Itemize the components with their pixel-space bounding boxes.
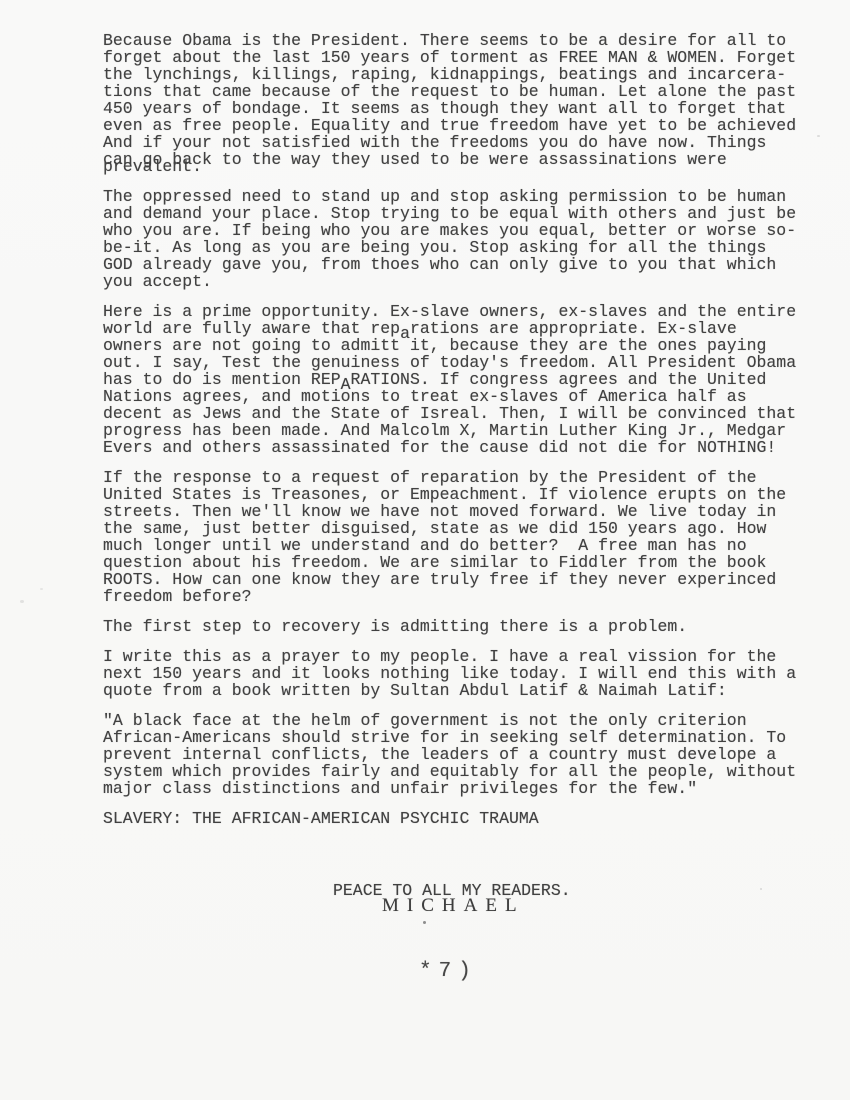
text-line: can go back to the way they used to be w… bbox=[103, 151, 818, 168]
text-line: prevent internal conflicts, the leaders … bbox=[103, 746, 818, 763]
text-line: streets. Then we'll know we have not mov… bbox=[103, 503, 818, 520]
text-line: forget about the last 150 years of torme… bbox=[103, 49, 818, 66]
text-line: 450 years of bondage. It seems as though… bbox=[103, 100, 818, 117]
text-line: the same, just better disguised, state a… bbox=[103, 520, 818, 537]
text-line: SLAVERY: THE AFRICAN-AMERICAN PSYCHIC TR… bbox=[103, 810, 818, 827]
scan-speck bbox=[760, 888, 762, 890]
paragraph: Here is a prime opportunity. Ex-slave ow… bbox=[103, 303, 818, 456]
text-line: you accept. bbox=[103, 273, 818, 290]
scan-speck bbox=[40, 588, 43, 590]
text-line: "A black face at the helm of government … bbox=[103, 712, 818, 729]
text-line: The first step to recovery is admitting … bbox=[103, 618, 818, 635]
text-line: And if your not satisfied with the freed… bbox=[103, 134, 818, 151]
text-line: has to do is mention REPARATIONS. If con… bbox=[103, 371, 818, 388]
text-line: freedom before? bbox=[103, 588, 818, 605]
text-line: United States is Treasones, or Empeachme… bbox=[103, 486, 818, 503]
paragraph: The oppressed need to stand up and stop … bbox=[103, 188, 818, 290]
text-line: question about his freedom. We are simil… bbox=[103, 554, 818, 571]
text-line: If the response to a request of reparati… bbox=[103, 469, 818, 486]
text-line: The oppressed need to stand up and stop … bbox=[103, 188, 818, 205]
scan-speck bbox=[817, 135, 820, 137]
text-line: Evers and others assassinated for the ca… bbox=[103, 439, 818, 456]
text-line: and demand your place. Stop trying to be… bbox=[103, 205, 818, 222]
text-line: next 150 years and it looks nothing like… bbox=[103, 665, 818, 682]
paragraph: The first step to recovery is admitting … bbox=[103, 618, 818, 635]
text-line: progress has been made. And Malcolm X, M… bbox=[103, 422, 818, 439]
text-line: the lynchings, killings, raping, kidnapp… bbox=[103, 66, 818, 83]
dropped-letter: A bbox=[341, 375, 351, 394]
page-number-mark: *7) bbox=[419, 960, 478, 983]
text-line: Here is a prime opportunity. Ex-slave ow… bbox=[103, 303, 818, 320]
paragraph: "A black face at the helm of government … bbox=[103, 712, 818, 797]
signature: MICHAEL bbox=[382, 896, 525, 916]
document-body: Because Obama is the President. There se… bbox=[103, 32, 818, 840]
text-line: I write this as a prayer to my people. I… bbox=[103, 648, 818, 665]
stray-dot bbox=[423, 921, 426, 924]
text-line: ROOTS. How can one know they are truly f… bbox=[103, 571, 818, 588]
scan-speck bbox=[20, 600, 24, 603]
dropped-letter: a bbox=[400, 324, 410, 343]
text-line: GOD already gave you, from thoes who can… bbox=[103, 256, 818, 273]
text-line: Nations agrees, and motions to treat ex-… bbox=[103, 388, 818, 405]
text-line: system which provides fairly and equitab… bbox=[103, 763, 818, 780]
text-line: quote from a book written by Sultan Abdu… bbox=[103, 682, 818, 699]
scanned-document-page: Because Obama is the President. There se… bbox=[0, 0, 850, 1100]
paragraph: Because Obama is the President. There se… bbox=[103, 32, 818, 175]
paragraph: I write this as a prayer to my people. I… bbox=[103, 648, 818, 699]
text-line: African-Americans should strive for in s… bbox=[103, 729, 818, 746]
text-line: even as free people. Equality and true f… bbox=[103, 117, 818, 134]
text-line: be-it. As long as you are being you. Sto… bbox=[103, 239, 818, 256]
text-line: out. I say, Test the genuiness of today'… bbox=[103, 354, 818, 371]
text-line: decent as Jews and the State of Isreal. … bbox=[103, 405, 818, 422]
text-line: Because Obama is the President. There se… bbox=[103, 32, 818, 49]
paragraph: SLAVERY: THE AFRICAN-AMERICAN PSYCHIC TR… bbox=[103, 810, 818, 827]
text-line: owners are not going to admitt it, becau… bbox=[103, 337, 818, 354]
text-line: much longer until we understand and do b… bbox=[103, 537, 818, 554]
text-line: major class distinctions and unfair priv… bbox=[103, 780, 818, 797]
text-line: world are fully aware that reparations a… bbox=[103, 320, 818, 337]
text-line: tions that came because of the request t… bbox=[103, 83, 818, 100]
text-line: who you are. If being who you are makes … bbox=[103, 222, 818, 239]
paragraph: If the response to a request of reparati… bbox=[103, 469, 818, 605]
